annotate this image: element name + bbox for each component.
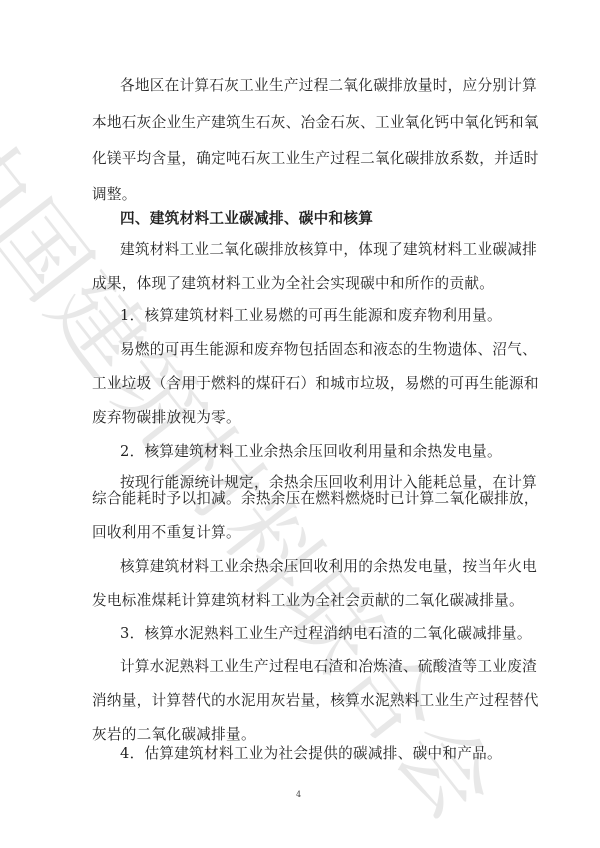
text-line: 调整。 — [92, 183, 137, 204]
page-number: 4 — [296, 790, 301, 799]
text-line: 消纳量，计算替代的水泥用灰岩量，核算水泥熟料工业生产过程替代 — [92, 689, 539, 710]
text-line: 废弃物碳排放视为零。 — [92, 406, 241, 427]
text-line: 成果，体现了建筑材料工业为全社会实现碳中和所作的贡献。 — [92, 272, 494, 293]
item-4-title: 4．估算建筑材料工业为社会提供的碳减排、碳中和产品。 — [120, 742, 502, 763]
document-page: 中国建筑材料联合会 各地区在计算石灰工业生产过程二氧化碳排放量时，应分别计算 本… — [0, 0, 600, 848]
text-line: 本地石灰企业生产建筑生石灰、冶金石灰、工业氧化钙中氧化钙和氧 — [92, 111, 539, 132]
text-line: 易燃的可再生能源和废弃物包括固态和液态的生物遗体、沼气、 — [120, 338, 537, 359]
text-line: 计算水泥熟料工业生产过程电石渣和冶炼渣、硫酸渣等工业废渣 — [120, 655, 537, 676]
item-1-title: 1．核算建筑材料工业易燃的可再生能源和废弃物利用量。 — [120, 304, 502, 325]
text-line: 核算建筑材料工业余热余压回收利用的余热发电量，按当年火电 — [120, 555, 537, 576]
text-line: 化镁平均含量，确定吨石灰工业生产过程二氧化碳排放系数，并适时 — [92, 147, 539, 168]
text-line: 建筑材料工业二氧化碳排放核算中，体现了建筑材料工业碳减排 — [120, 238, 537, 259]
text-line: 各地区在计算石灰工业生产过程二氧化碳排放量时，应分别计算 — [120, 74, 537, 95]
text-line: 发电标准煤耗计算建筑材料工业为全社会贡献的二氧化碳减排量。 — [92, 589, 524, 610]
item-3-title: 3．核算水泥熟料工业生产过程消纳电石渣的二氧化碳减排量。 — [120, 622, 532, 643]
section-heading: 四、建筑材料工业碳减排、碳中和核算 — [120, 207, 373, 228]
text-line: 综合能耗时予以扣减。余热余压在燃料燃烧时已计算二氧化碳排放， — [92, 487, 539, 508]
item-2-title: 2．核算建筑材料工业余热余压回收利用量和余热发电量。 — [120, 440, 502, 461]
text-line: 回收利用不重复计算。 — [92, 521, 241, 542]
text-line: 灰岩的二氧化碳减排量。 — [92, 723, 256, 744]
text-line: 工业垃圾（含用于燃料的煤矸石）和城市垃圾，易燃的可再生能源和 — [92, 372, 539, 393]
